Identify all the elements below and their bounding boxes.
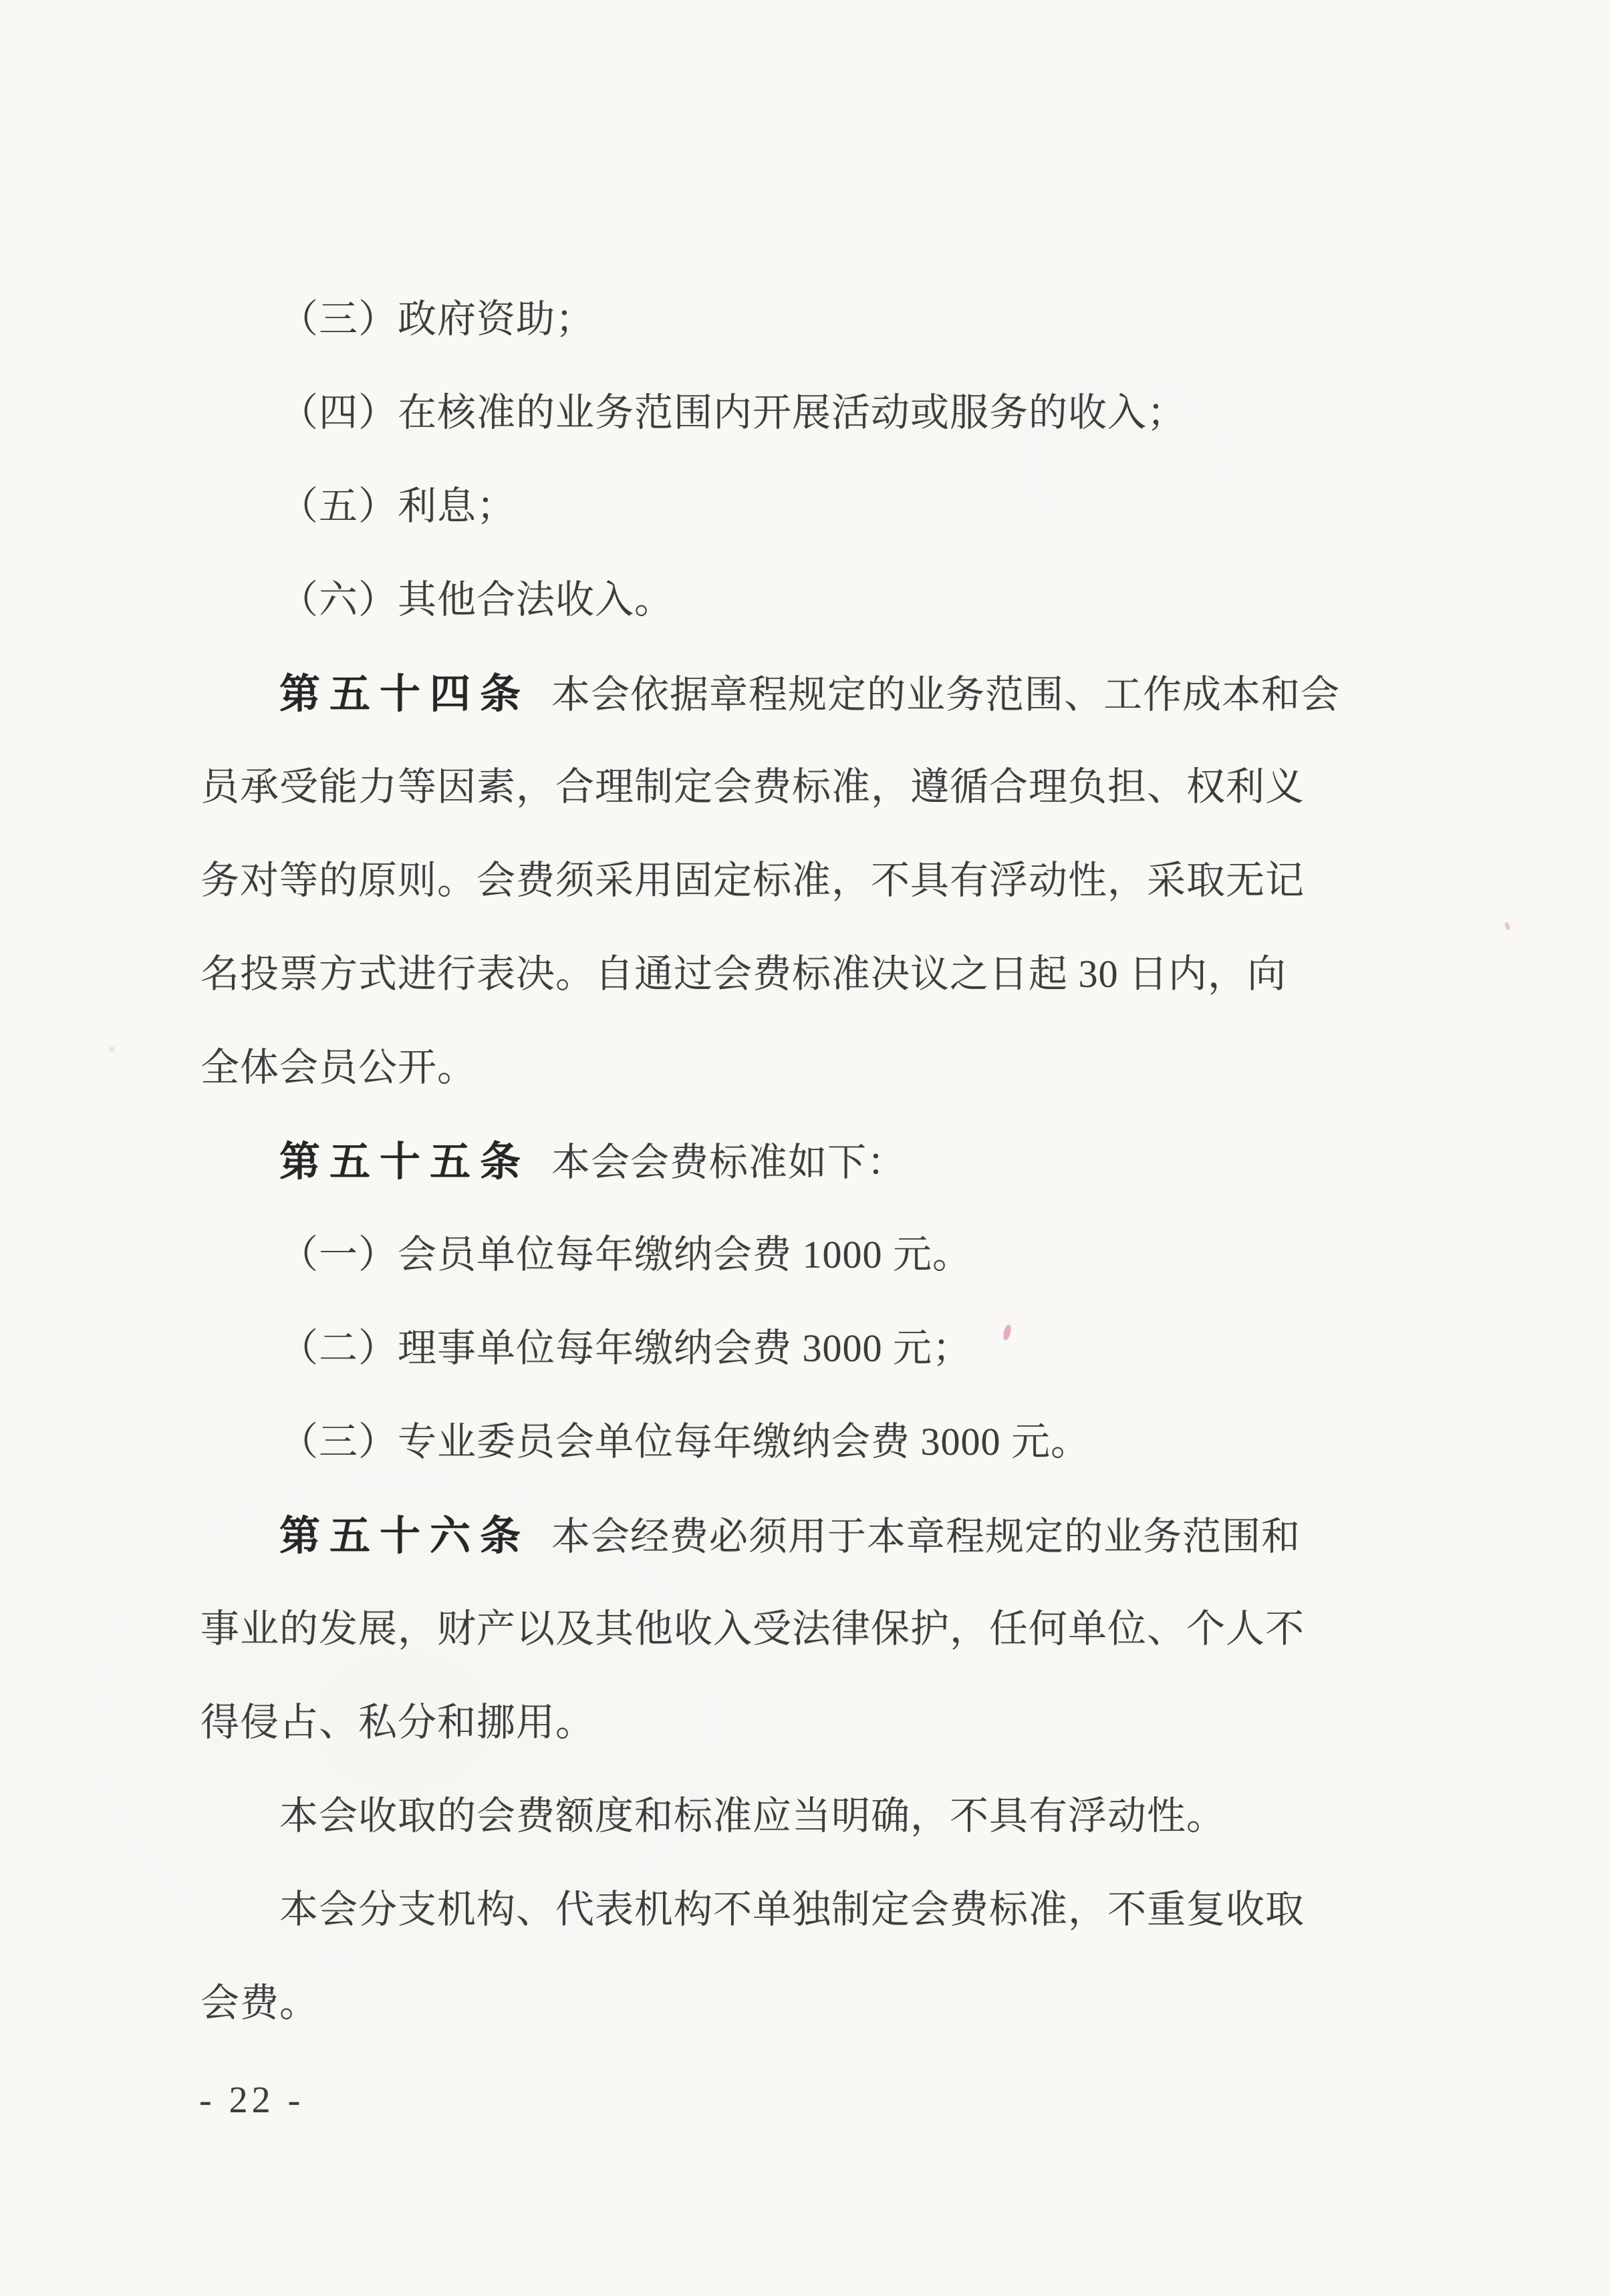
page-number: - 22 - <box>199 2077 304 2124</box>
text-line: 得侵占、私分和挪用。 <box>200 1676 1457 1769</box>
article-paragraph: 第五十五条本会会费标准如下： <box>200 1115 1457 1208</box>
paragraph: 本会分支机构、代表机构不单独制定会费标准，不重复收取会费。 <box>200 1863 1457 2050</box>
document-body: （三）政府资助；（四）在核准的业务范围内开展活动或服务的收入；（五）利息；（六）… <box>200 273 1457 2050</box>
paragraph: （三）专业委员会单位每年缴纳会费 3000 元。 <box>200 1395 1457 1489</box>
text-line: （一）会员单位每年缴纳会费 1000 元。 <box>200 1208 1457 1302</box>
text-line: 本会收取的会费额度和标准应当明确，不具有浮动性。 <box>200 1769 1457 1863</box>
paragraph: （二）理事单位每年缴纳会费 3000 元； <box>200 1302 1457 1395</box>
text-line: 第五十六条本会经费必须用于本章程规定的业务范围和 <box>200 1489 1457 1582</box>
text-line: 务对等的原则。会费须采用固定标准，不具有浮动性，采取无记 <box>200 834 1457 927</box>
article-number-heading: 第五十五条 <box>279 1139 530 1184</box>
paragraph: （五）利息； <box>200 460 1457 553</box>
text-line: 员承受能力等因素，合理制定会费标准，遵循合理负担、权利义 <box>200 740 1457 834</box>
text-line: 本会分支机构、代表机构不单独制定会费标准，不重复收取 <box>200 1863 1457 1957</box>
text-line: 名投票方式进行表决。自通过会费标准决议之日起 30 日内，向 <box>200 927 1457 1021</box>
text-line: 第五十四条本会依据章程规定的业务范围、工作成本和会 <box>200 647 1457 740</box>
paragraph: （六）其他合法收入。 <box>200 553 1457 647</box>
text-line: 第五十五条本会会费标准如下： <box>200 1115 1457 1208</box>
text-line: （三）专业委员会单位每年缴纳会费 3000 元。 <box>200 1395 1457 1489</box>
text-line: （三）政府资助； <box>200 273 1457 366</box>
paragraph: （三）政府资助； <box>200 273 1457 366</box>
scanned-document-page: （三）政府资助；（四）在核准的业务范围内开展活动或服务的收入；（五）利息；（六）… <box>0 0 1610 2296</box>
article-paragraph: 第五十六条本会经费必须用于本章程规定的业务范围和事业的发展，财产以及其他收入受法… <box>200 1489 1457 1769</box>
text-line: （五）利息； <box>200 460 1457 553</box>
text-line: （六）其他合法收入。 <box>200 553 1457 647</box>
text-line: （二）理事单位每年缴纳会费 3000 元； <box>200 1302 1457 1395</box>
text-line: 全体会员公开。 <box>200 1021 1457 1115</box>
text-line: 事业的发展，财产以及其他收入受法律保护，任何单位、个人不 <box>200 1582 1457 1676</box>
paragraph: （四）在核准的业务范围内开展活动或服务的收入； <box>200 366 1457 460</box>
article-number-heading: 第五十六条 <box>279 1513 530 1558</box>
text-line: 会费。 <box>200 1957 1457 2050</box>
paragraph: （一）会员单位每年缴纳会费 1000 元。 <box>200 1208 1457 1302</box>
article-paragraph: 第五十四条本会依据章程规定的业务范围、工作成本和会员承受能力等因素，合理制定会费… <box>200 647 1457 1115</box>
paragraph: 本会收取的会费额度和标准应当明确，不具有浮动性。 <box>200 1769 1457 1863</box>
scan-artifact <box>109 1046 115 1052</box>
article-number-heading: 第五十四条 <box>279 671 530 716</box>
text-line: （四）在核准的业务范围内开展活动或服务的收入； <box>200 366 1457 460</box>
scan-artifact <box>1504 921 1511 931</box>
